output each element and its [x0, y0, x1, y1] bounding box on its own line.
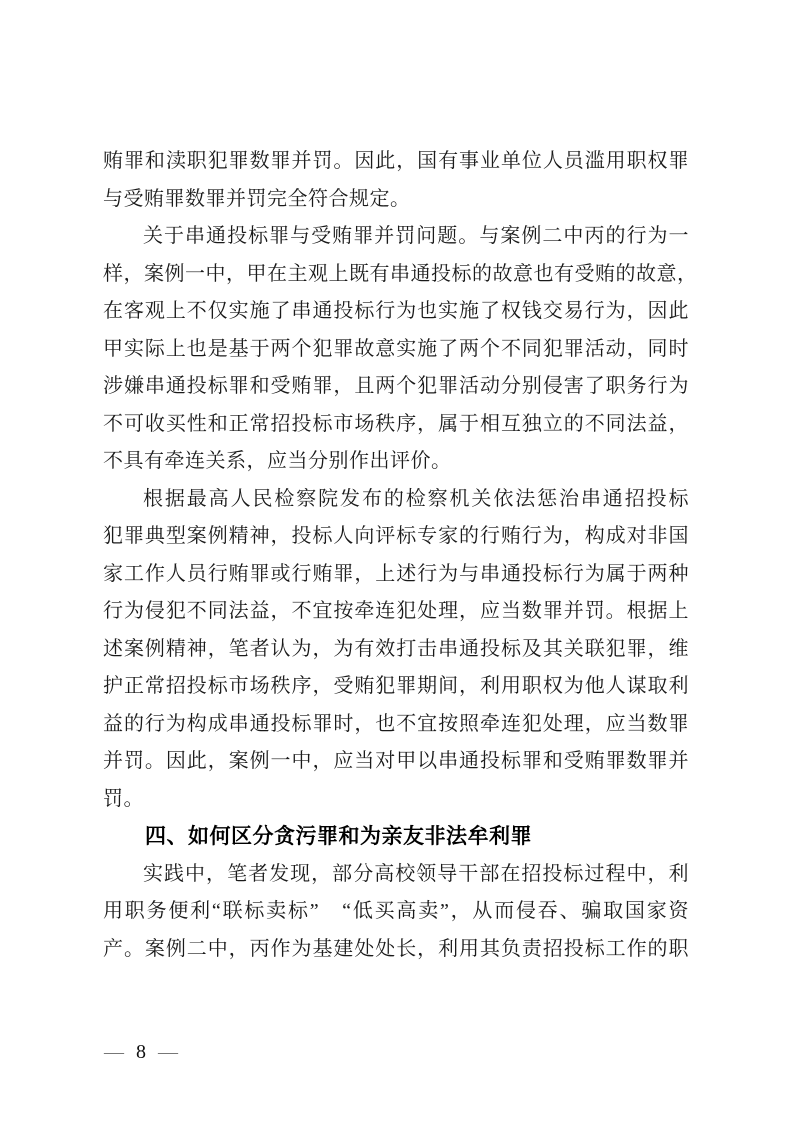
text-line: 根据最高人民检察院发布的检察机关依法惩治串通招投标: [103, 481, 689, 519]
text-line: 家工作人员行贿罪或行贿罪，上述行为与串通投标行为属于两种: [103, 556, 689, 594]
text-line: 不具有牵连关系，应当分别作出评价。: [103, 443, 689, 481]
paragraph: 贿罪和渎职犯罪数罪并罚。因此，国有事业单位人员滥用职权罪与受贿罪数罪并罚完全符合…: [103, 143, 689, 218]
text-line: 实践中，笔者发现，部分高校领导干部在招投标过程中，利: [103, 856, 689, 894]
section-heading: 四、如何区分贪污罪和为亲友非法牟利罪: [103, 818, 689, 856]
footer-dash-right: —: [158, 1041, 178, 1063]
text-block: 贿罪和渎职犯罪数罪并罚。因此，国有事业单位人员滥用职权罪与受贿罪数罪并罚完全符合…: [103, 143, 689, 968]
page-footer: —8—: [104, 1040, 178, 1064]
text-line: 贿罪和渎职犯罪数罪并罚。因此，国有事业单位人员滥用职权罪: [103, 143, 689, 181]
text-line: 关于串通投标罪与受贿罪并罚问题。与案例二中丙的行为一: [103, 218, 689, 256]
text-line: 四、如何区分贪污罪和为亲友非法牟利罪: [103, 818, 689, 856]
text-line: 与受贿罪数罪并罚完全符合规定。: [103, 181, 689, 219]
text-line: 罚。: [103, 781, 689, 819]
paragraph: 根据最高人民检察院发布的检察机关依法惩治串通招投标犯罪典型案例精神，投标人向评标…: [103, 481, 689, 819]
text-line: 益的行为构成串通投标罪时，也不宜按照牵连犯处理，应当数罪: [103, 706, 689, 744]
footer-page-number: 8: [136, 1041, 146, 1063]
text-line: 不可收买性和正常招投标市场秩序，属于相互独立的不同法益，: [103, 406, 689, 444]
text-line: 样，案例一中，甲在主观上既有串通投标的故意也有受贿的故意，: [103, 256, 689, 294]
paragraph: 实践中，笔者发现，部分高校领导干部在招投标过程中，利用职务便利“联标卖标” “低…: [103, 856, 689, 969]
text-line: 护正常招投标市场秩序，受贿犯罪期间，利用职权为他人谋取利: [103, 668, 689, 706]
text-line: 行为侵犯不同法益，不宜按牵连犯处理，应当数罪并罚。根据上: [103, 593, 689, 631]
paragraph: 关于串通投标罪与受贿罪并罚问题。与案例二中丙的行为一样，案例一中，甲在主观上既有…: [103, 218, 689, 481]
text-line: 甲实际上也是基于两个犯罪故意实施了两个不同犯罪活动，同时: [103, 331, 689, 369]
text-line: 并罚。因此，案例一中，应当对甲以串通投标罪和受贿罪数罪并: [103, 743, 689, 781]
document-page: 贿罪和渎职犯罪数罪并罚。因此，国有事业单位人员滥用职权罪与受贿罪数罪并罚完全符合…: [0, 0, 793, 1122]
text-line: 在客观上不仅实施了串通投标行为也实施了权钱交易行为，因此: [103, 293, 689, 331]
text-line: 产。案例二中，丙作为基建处处长，利用其负责招投标工作的职: [103, 931, 689, 969]
text-line: 述案例精神，笔者认为，为有效打击串通投标及其关联犯罪，维: [103, 631, 689, 669]
text-line: 犯罪典型案例精神，投标人向评标专家的行贿行为，构成对非国: [103, 518, 689, 556]
footer-dash-left: —: [104, 1041, 124, 1063]
text-line: 用职务便利“联标卖标” “低买高卖”，从而侵吞、骗取国家资: [103, 893, 689, 931]
text-line: 涉嫌串通投标罪和受贿罪，且两个犯罪活动分别侵害了职务行为: [103, 368, 689, 406]
